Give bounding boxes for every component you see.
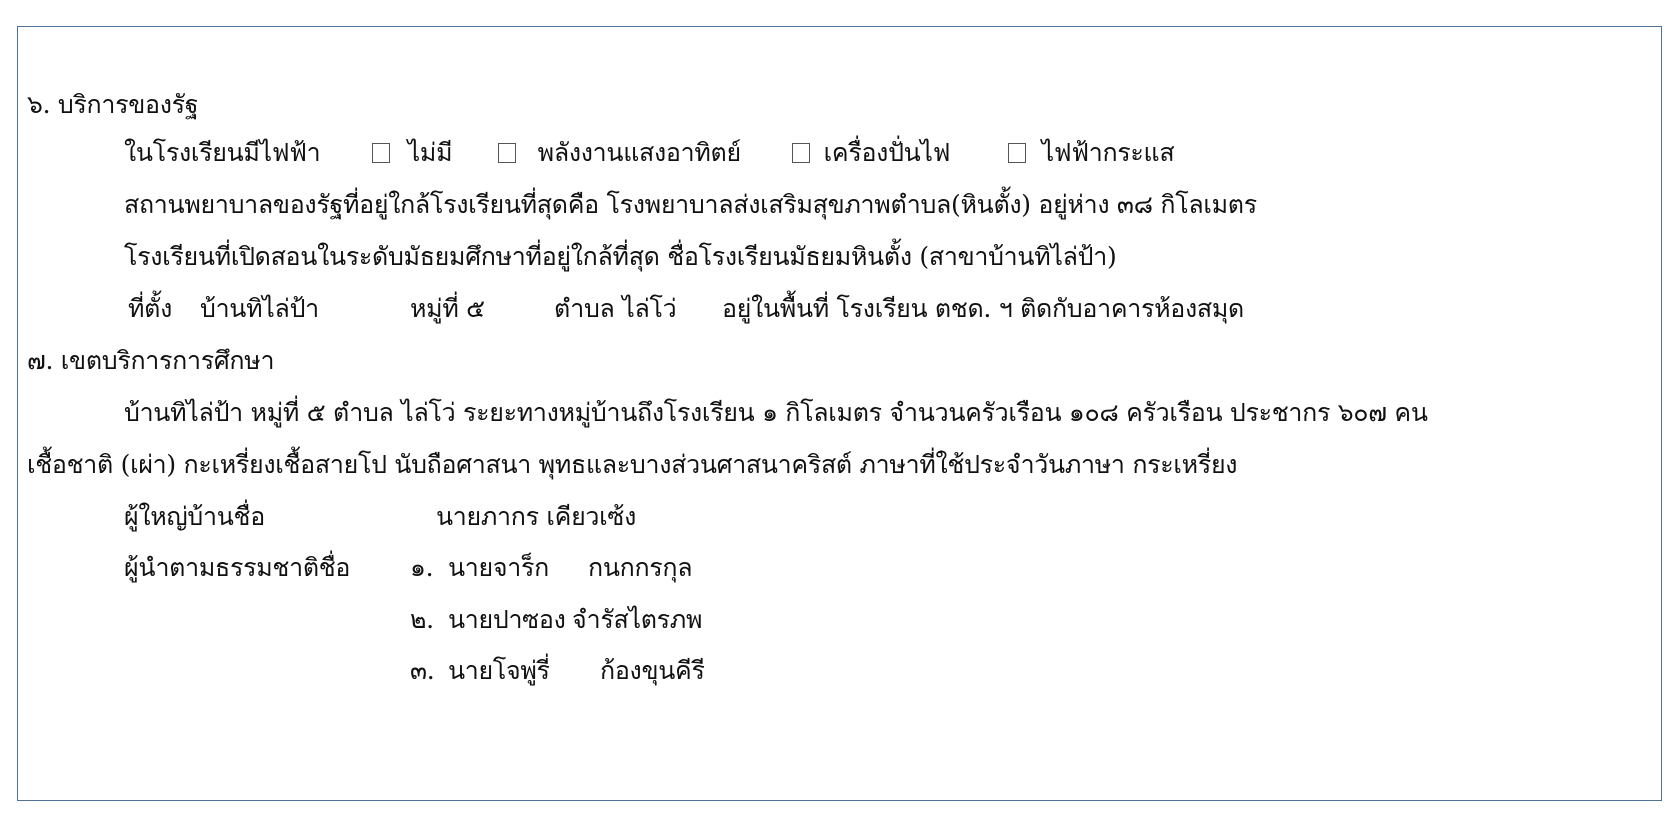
option-solar[interactable]: พลังงานแสงอาทิตย์	[498, 138, 741, 168]
option-generator[interactable]: เครื่องปั่นไฟ	[792, 138, 950, 168]
leader-3-first: นายโจพู่รี่	[448, 656, 550, 686]
leader-2-last: จำรัสไตรภพ	[572, 605, 702, 635]
village-info-line-2: เชื้อชาติ (เผ่า) กะเหรี่ยงเชื้อสายโป นับ…	[27, 450, 1237, 480]
village-info-line-1: บ้านทิไล่ป้า หมู่ที่ ๕ ตำบล ไล่โว่ ระยะท…	[124, 398, 1428, 428]
option-solar-label: พลังงานแสงอาทิตย์	[538, 138, 741, 167]
option-generator-label: เครื่องปั่นไฟ	[824, 138, 950, 167]
secondary-school-line: โรงเรียนที่เปิดสอนในระดับมัธยมศึกษาที่อย…	[124, 242, 1116, 272]
option-grid-label: ไฟฟ้ากระแส	[1042, 138, 1175, 167]
section-6-heading: ๖. บริการของรัฐ	[27, 90, 198, 120]
checkbox-generator[interactable]	[792, 143, 810, 163]
checkbox-solar[interactable]	[498, 143, 516, 163]
leader-3-last: ก้องขุนคีรี	[600, 656, 705, 686]
location-moo: หมู่ที่ ๕	[410, 294, 485, 324]
headman-label: ผู้ใหญ่บ้านชื่อ	[124, 502, 265, 532]
location-label: ที่ตั้ง	[128, 294, 172, 324]
section-7-heading: ๗. เขตบริการการศึกษา	[27, 346, 274, 376]
headman-name: นายภากร เคียวเซ้ง	[436, 502, 636, 532]
leader-2-first: นายปาซอง	[448, 605, 565, 635]
checkbox-grid[interactable]	[1008, 143, 1026, 163]
location-tambon: ตำบล ไล่โว่	[554, 294, 676, 324]
leader-1-first: นายจาร็ก	[448, 553, 549, 583]
electricity-label: ในโรงเรียนมีไฟฟ้า	[124, 138, 320, 168]
natural-leaders-label: ผู้นำตามธรรมชาติชื่อ	[124, 553, 350, 583]
hospital-line: สถานพยาบาลของรัฐที่อยู่ใกล้โรงเรียนที่สุ…	[124, 190, 1257, 220]
option-none-label: ไม่มี	[408, 138, 453, 167]
leader-1-num: ๑.	[410, 553, 433, 583]
location-area: อยู่ในพื้นที่ โรงเรียน ตชด. ฯ ติดกับอาคา…	[722, 294, 1244, 324]
leader-2-num: ๒.	[410, 605, 434, 635]
checkbox-none[interactable]	[372, 143, 390, 163]
leader-1-last: กนกกรกุล	[588, 553, 692, 583]
leader-3-num: ๓.	[410, 656, 434, 686]
option-none[interactable]: ไม่มี	[372, 138, 452, 168]
option-grid[interactable]: ไฟฟ้ากระแส	[1008, 138, 1174, 168]
location-village: บ้านทิไล่ป้า	[200, 294, 319, 324]
